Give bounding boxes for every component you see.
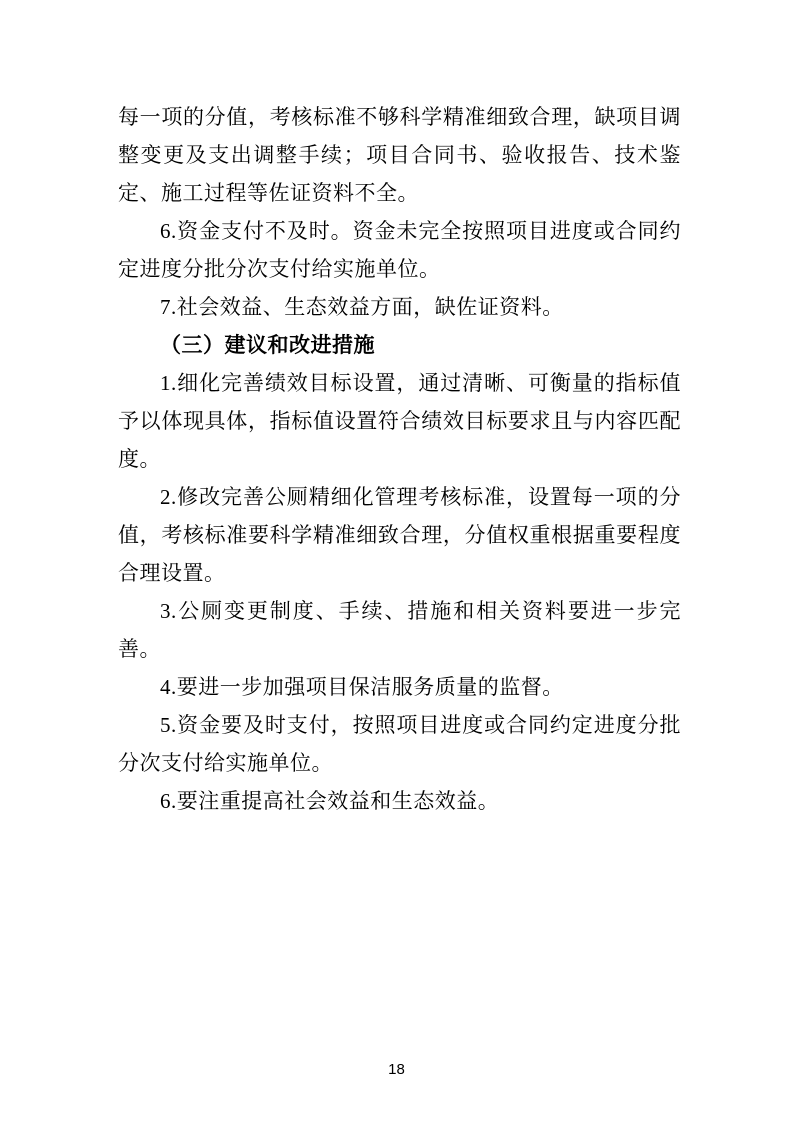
paragraph: 6.要注重提高社会效益和生态效益。 bbox=[118, 782, 681, 820]
paragraph: 2.修改完善公厕精细化管理考核标准，设置每一项的分值，考核标准要科学精准细致合理… bbox=[118, 478, 681, 592]
document-page: 每一项的分值，考核标准不够科学精准细致合理，缺项目调整变更及支出调整手续；项目合… bbox=[0, 0, 793, 1122]
paragraph: 3.公厕变更制度、手续、措施和相关资料要进一步完善。 bbox=[118, 592, 681, 668]
paragraph: 4.要进一步加强项目保洁服务质量的监督。 bbox=[118, 668, 681, 706]
paragraph: 7.社会效益、生态效益方面，缺佐证资料。 bbox=[118, 288, 681, 326]
paragraph: 6.资金支付不及时。资金未完全按照项目进度或合同约定进度分批分次支付给实施单位。 bbox=[118, 212, 681, 288]
section-heading: （三）建议和改进措施 bbox=[118, 326, 681, 364]
paragraph: 5.资金要及时支付，按照项目进度或合同约定进度分批分次支付给实施单位。 bbox=[118, 706, 681, 782]
text-block: 每一项的分值，考核标准不够科学精准细致合理，缺项目调整变更及支出调整手续；项目合… bbox=[118, 98, 681, 820]
paragraph: 1.细化完善绩效目标设置，通过清晰、可衡量的指标值予以体现具体，指标值设置符合绩… bbox=[118, 364, 681, 478]
paragraph: 每一项的分值，考核标准不够科学精准细致合理，缺项目调整变更及支出调整手续；项目合… bbox=[118, 98, 681, 212]
page-number: 18 bbox=[0, 1061, 793, 1078]
